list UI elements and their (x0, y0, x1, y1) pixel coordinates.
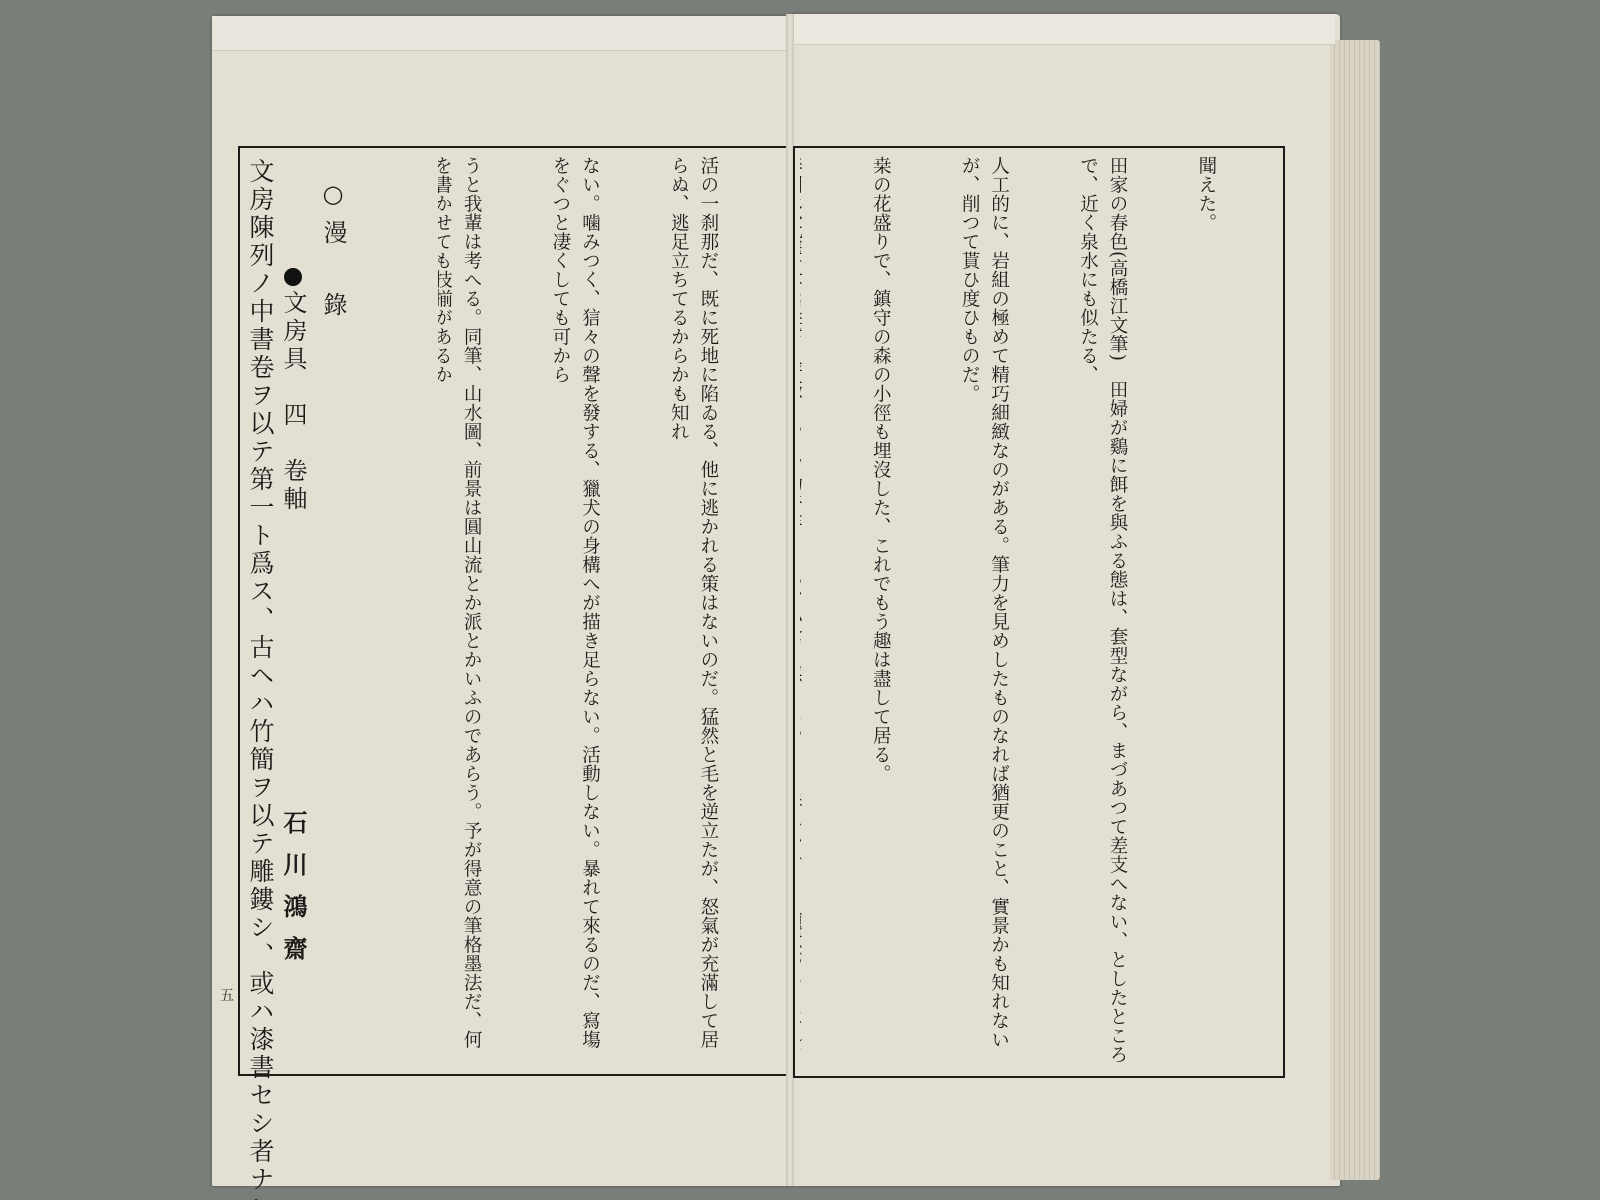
section-heading: ○漫 錄 (316, 180, 351, 328)
text-column: 田家の春色(高橋江文筆) 田婦が鷄に餌を與ふる態は、套型ながら、まづあつて差支へ… (1073, 156, 1132, 1066)
page-number: 五 (220, 985, 234, 1005)
subheading-text: 文房具 四 卷軸 (279, 290, 307, 514)
quote-column: 文房陳列ノ中書卷ヲ以テ第一ト爲ス、古ヘハ竹簡ヲ以テ雕鏤シ、或ハ漆書セシ者ナレト、… (238, 158, 278, 1058)
author-name: 石川鴻齋 (276, 810, 311, 978)
text-column: 聞えた。 (1191, 156, 1221, 1066)
text-column: うと我輩は考へる。同筆、山水圖、前景は圓山流とか派とかいふのであらう。予が得意の… (438, 156, 486, 1066)
text-column: 活の一刹那だ、既に死地に陷ゐる、他に逃かれる策はないのだ。猛然と毛を逆立たが、怒… (664, 156, 723, 1066)
subheading: 文房具 四 卷軸 (276, 268, 311, 514)
page-edges (1330, 40, 1380, 1180)
bullet-icon (284, 268, 302, 286)
book-spread: 聞えた。 田家の春色(高橋江文筆) 田婦が鷄に餌を與ふる態は、套型ながら、まづあ… (0, 0, 1600, 1200)
left-page-top-margin (212, 16, 790, 51)
left-page-body: 活の一刹那だ、既に死地に陷ゐる、他に逃かれる策はないのだ。猛然と毛を逆立たが、怒… (438, 156, 782, 1066)
right-page-top-margin (790, 14, 1335, 45)
text-column: 人工的に、岩組の極めて精巧細緻なのがある。筆力を見めしたものなれば猶更のこと、實… (954, 156, 1013, 1066)
right-page-body: 聞えた。 田家の春色(高橋江文筆) 田婦が鷄に餌を與ふる態は、套型ながら、まづあ… (800, 156, 1280, 1066)
text-column: 桒の花盛りで、鎮守の森の小徑も埋沒した、これでもう趣は盡して居る。 (866, 156, 896, 1066)
text-column: ない。噛みつく、狺々の聲を發する、獵犬の身構へが描き足らない。活動しない。暴れて… (545, 156, 604, 1066)
text-column: 春園(秋元華江女史筆) 薔薇もい丶、物干竿もよい、小禽も惡くないとした所で、どう… (800, 156, 807, 1066)
